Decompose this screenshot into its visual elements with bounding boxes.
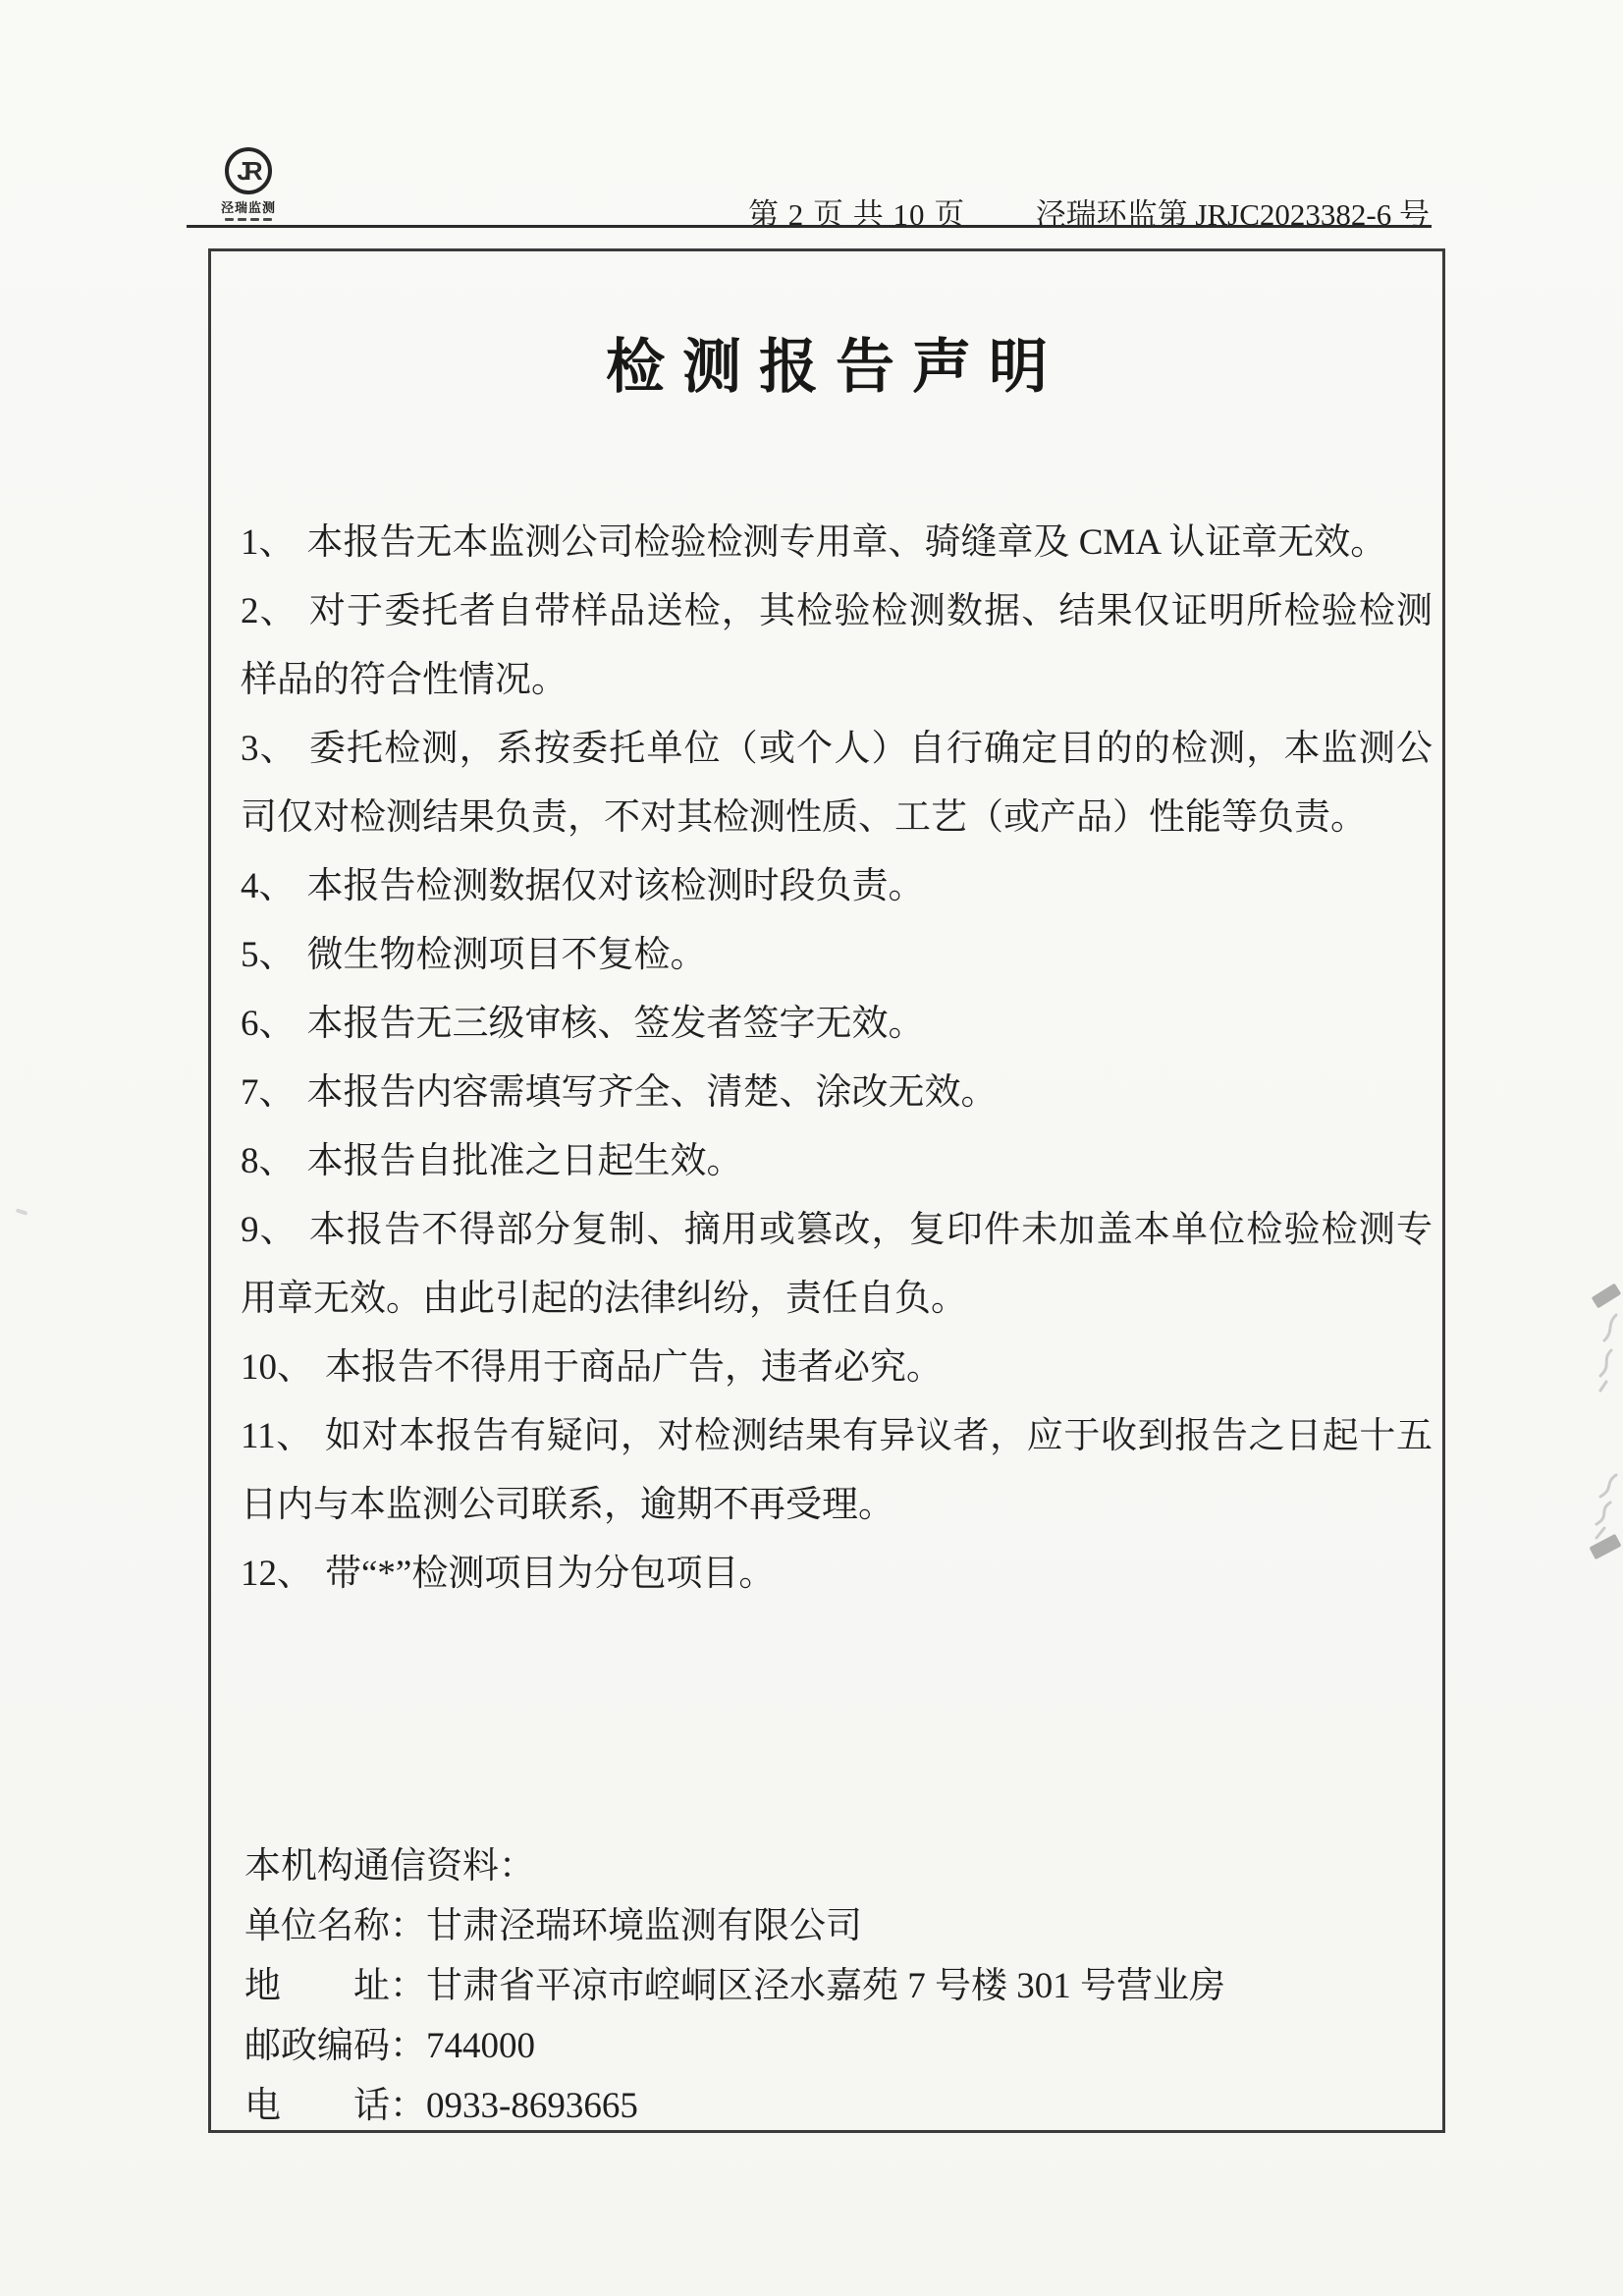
contact-value: 甘肃泾瑞环境监测有限公司 [426, 1906, 862, 1946]
item-text: 微生物检测项目不复检。 [307, 935, 707, 975]
declaration-box: 检测报告声明 1、本报告无本监测公司检验检测专用章、骑缝章及 CMA 认证章无效… [208, 248, 1445, 2133]
contact-value: 744000 [426, 2026, 535, 2066]
declaration-item-11: 11、如对本报告有疑问，对检测结果有异议者，应于收到报告之日起十五日内与本监测公… [241, 1402, 1433, 1540]
item-number: 11、 [241, 1416, 313, 1456]
declaration-item-8: 8、本报告自批准之日起生效。 [241, 1127, 1433, 1196]
contact-label: 电 话： [244, 2086, 426, 2126]
scan-pen-mark [1583, 1471, 1623, 1542]
scan-pen-mark [1587, 1311, 1623, 1394]
item-number: 1、 [241, 522, 296, 563]
contact-block: 本机构通信资料： 单位名称：甘肃泾瑞环境监测有限公司 地 址：甘肃省平凉市崆峒区… [244, 1836, 1423, 2136]
item-text: 本报告无本监测公司检验检测专用章、骑缝章及 CMA 认证章无效。 [307, 522, 1387, 563]
logo-jr-monogram-icon: JR [225, 147, 272, 194]
item-number: 12、 [241, 1554, 313, 1594]
item-text: 本报告自批准之日起生效。 [307, 1141, 743, 1181]
item-number: 7、 [241, 1072, 296, 1113]
item-text: 对于委托者自带样品送检，其检验检测数据、结果仅证明所检验检测样品的符合性情况。 [241, 591, 1433, 700]
item-text: 本报告内容需填写齐全、清楚、涂改无效。 [307, 1072, 998, 1113]
contact-value: 0933-8693665 [426, 2086, 638, 2126]
declaration-item-5: 5、微生物检测项目不复检。 [241, 921, 1433, 990]
item-text: 带“*”检测项目为分包项目。 [325, 1554, 775, 1594]
scan-edge-mark [16, 1208, 28, 1216]
contact-label: 邮政编码： [244, 2026, 426, 2066]
contact-row-phone: 电 话：0933-8693665 [244, 2076, 1423, 2136]
declaration-item-7: 7、本报告内容需填写齐全、清楚、涂改无效。 [241, 1059, 1433, 1127]
scanned-report-page: JR 泾瑞监测 第 2 页 共 10 页 泾瑞环监第 JRJC2023382-6… [0, 0, 1623, 2296]
logo-monogram-text: JR [241, 156, 255, 187]
scan-smudge [1592, 1284, 1622, 1309]
item-text: 委托检测，系按委托单位（或个人）自行确定目的的检测，本监测公司仅对检测结果负责，… [241, 729, 1433, 838]
contact-label: 单位名称： [244, 1906, 426, 1946]
declaration-item-3: 3、委托检测，系按委托单位（或个人）自行确定目的的检测，本监测公司仅对检测结果负… [241, 715, 1433, 852]
declaration-item-9: 9、本报告不得部分复制、摘用或篡改，复印件未加盖本单位检验检测专用章无效。由此引… [241, 1196, 1433, 1334]
declaration-title: 检测报告声明 [211, 320, 1442, 405]
contact-value: 甘肃省平凉市崆峒区泾水嘉苑 7 号楼 301 号营业房 [426, 1966, 1225, 2006]
declaration-item-4: 4、本报告检测数据仅对该检测时段负责。 [241, 852, 1433, 921]
item-number: 9、 [241, 1210, 298, 1250]
company-logo: JR 泾瑞监测 [217, 147, 280, 221]
declaration-item-6: 6、本报告无三级审核、签发者签字无效。 [241, 990, 1433, 1059]
item-number: 8、 [241, 1141, 296, 1181]
declaration-list: 1、本报告无本监测公司检验检测专用章、骑缝章及 CMA 认证章无效。 2、对于委… [241, 509, 1433, 1609]
contact-heading: 本机构通信资料： [244, 1836, 1423, 1896]
item-number: 3、 [241, 729, 298, 769]
declaration-item-12: 12、带“*”检测项目为分包项目。 [241, 1540, 1433, 1609]
item-number: 6、 [241, 1004, 296, 1044]
declaration-item-2: 2、对于委托者自带样品送检，其检验检测数据、结果仅证明所检验检测样品的符合性情况… [241, 577, 1433, 715]
declaration-item-1: 1、本报告无本监测公司检验检测专用章、骑缝章及 CMA 认证章无效。 [241, 509, 1433, 577]
item-number: 4、 [241, 866, 296, 906]
header-rule [187, 225, 1432, 228]
logo-company-short: 泾瑞监测 [217, 197, 280, 216]
contact-label: 地 址： [244, 1966, 426, 2006]
item-text: 本报告不得部分复制、摘用或篡改，复印件未加盖本单位检验检测专用章无效。由此引起的… [241, 1210, 1433, 1319]
item-number: 5、 [241, 935, 296, 975]
item-text: 本报告检测数据仅对该检测时段负责。 [307, 866, 925, 906]
item-number: 10、 [241, 1347, 313, 1388]
item-text: 本报告不得用于商品广告，违者必究。 [325, 1347, 943, 1388]
contact-row-postcode: 邮政编码：744000 [244, 2016, 1423, 2076]
item-number: 2、 [241, 591, 298, 631]
item-text: 本报告无三级审核、签发者签字无效。 [307, 1004, 925, 1044]
contact-row-company: 单位名称：甘肃泾瑞环境监测有限公司 [244, 1896, 1423, 1956]
contact-row-address: 地 址：甘肃省平凉市崆峒区泾水嘉苑 7 号楼 301 号营业房 [244, 1956, 1423, 2016]
item-text: 如对本报告有疑问，对检测结果有异议者，应于收到报告之日起十五日内与本监测公司联系… [241, 1416, 1433, 1525]
declaration-item-10: 10、本报告不得用于商品广告，违者必究。 [241, 1334, 1433, 1402]
logo-pinyin-illegible [217, 218, 280, 221]
